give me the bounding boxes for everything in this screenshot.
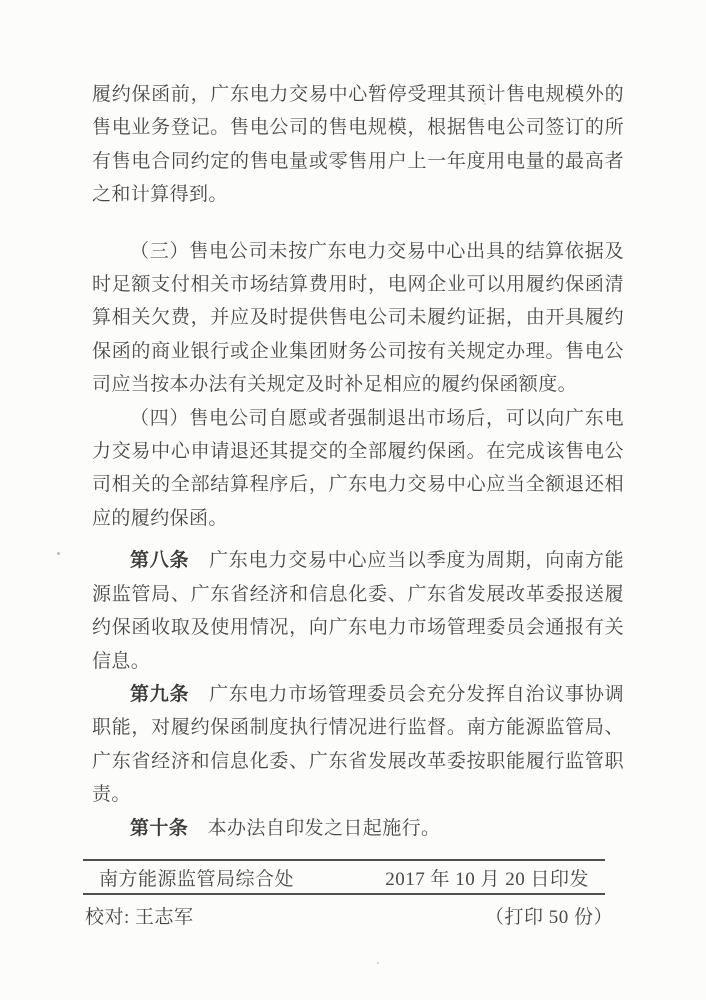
paragraph-text: 履约保函前，广东电力交易中心暂停受理其预计售电规模外的售电业务登记。售电公司的售… (92, 84, 624, 205)
footer-print-date: 2017 年 10 月 20 日印发 (385, 864, 589, 891)
footer-copies: （打印 50 份） (485, 902, 613, 929)
scan-speck (57, 552, 60, 555)
article-number: 第八条 (130, 550, 189, 571)
paragraph: （四）售电公司自愿或者强制退出市场后，可以向广东电力交易中心申请退还其提交的全部… (92, 402, 624, 536)
paragraph: 履约保函前，广东电力交易中心暂停受理其预计售电规模外的售电业务登记。售电公司的售… (92, 78, 624, 212)
paragraph-text: 本办法自印发之日起施行。 (188, 818, 440, 839)
article-number: 第十条 (130, 818, 188, 839)
body-text: 履约保函前，广东电力交易中心暂停受理其预计售电规模外的售电业务登记。售电公司的售… (92, 78, 624, 845)
paragraph: 第八条 广东电力交易中心应当以季度为周期，向南方能源监管局、广东省经济和信息化委… (92, 544, 624, 678)
paragraph: 第九条 广东电力市场管理委员会充分发挥自治议事协调职能，对履约保函制度执行情况进… (92, 678, 624, 812)
footer-issuer: 南方能源监管局综合处 (99, 864, 294, 891)
footer-proofreader: 校对: 王志军 (85, 902, 194, 929)
paragraph-text: （三）售电公司未按广东电力交易中心出具的结算依据及时足额支付相关市场结算费用时，… (92, 241, 624, 396)
scan-speck (484, 103, 486, 105)
footer: 南方能源监管局综合处 2017 年 10 月 20 日印发 校对: 王志军 （打… (83, 859, 605, 929)
footer-proof-row: 校对: 王志军 （打印 50 份） (83, 895, 613, 929)
paragraph: 第十条 本办法自印发之日起施行。 (92, 812, 624, 845)
article-number: 第九条 (130, 684, 189, 705)
scan-speck (377, 962, 379, 964)
paragraph: （三）售电公司未按广东电力交易中心出具的结算依据及时足额支付相关市场结算费用时，… (92, 235, 624, 402)
paragraph-text: （四）售电公司自愿或者强制退出市场后，可以向广东电力交易中心申请退还其提交的全部… (92, 408, 624, 529)
footer-issuer-row: 南方能源监管局综合处 2017 年 10 月 20 日印发 (83, 861, 605, 893)
document-page: 履约保函前，广东电力交易中心暂停受理其预计售电规模外的售电业务登记。售电公司的售… (0, 0, 706, 1000)
